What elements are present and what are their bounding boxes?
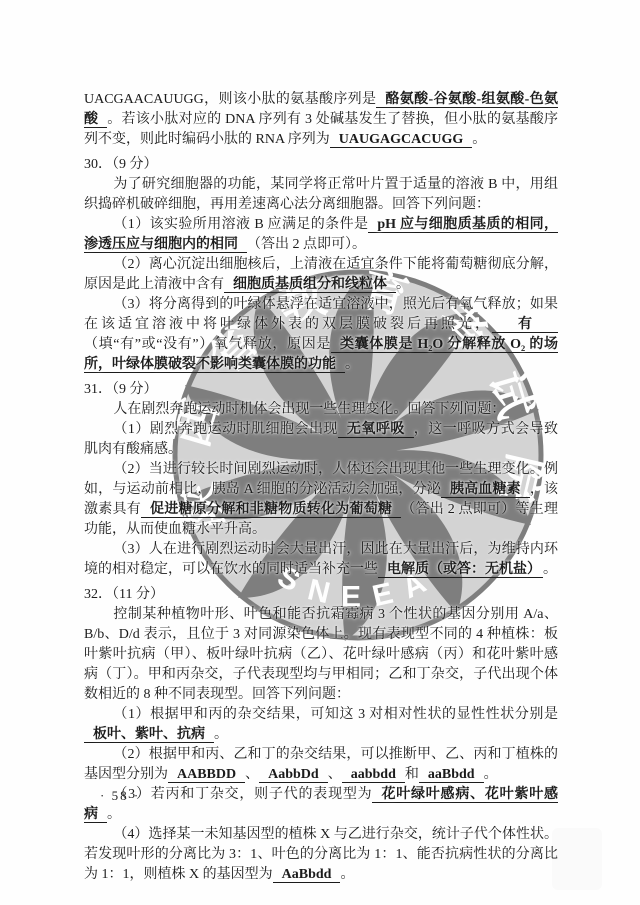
text-run: 。	[472, 132, 486, 147]
q31-item-2: （2）当进行较长时间剧烈运动时，人体还会出现其他一些生理变化。例如，与运动前相比…	[84, 460, 558, 540]
q31-item-1: （1）剧烈奔跑运动时肌细胞会出现无氧呼吸，这一呼吸方式会导致肌肉有酸痛感。	[84, 420, 558, 460]
text-run: 。	[345, 357, 359, 372]
q30-intro: 为了研究细胞器的功能，某同学将正常叶片置于适量的溶液 B 中，用组织捣碎机破碎细…	[84, 175, 558, 215]
text-run: 。若该小肽对应的 DNA 序列有 3 处碱基发生了替换，但小肽的氨基酸序列不变，…	[84, 112, 558, 147]
page-number: · 58 ·	[100, 788, 140, 804]
text-run: 30．（9 分）	[84, 157, 158, 172]
text-run: 人在剧烈奔跑运动时机体会出现一些生理变化。回答下列问题：	[113, 402, 505, 417]
text-run: 32．（11 分）	[84, 587, 164, 602]
q31-item-3: （3）人在进行剧烈运动时会大量出汗，因此在大量出汗后，为维持内环境的相对稳定，可…	[84, 540, 558, 580]
answer-blank: 电解质（或答：无机盐）	[378, 562, 543, 578]
q29-continuation: UACGAACAUUGG，则该小肽的氨基酸序列是酪氨酸-谷氨酸-组氨酸-色氨酸。…	[84, 90, 558, 150]
answer-blank: AaBbdd	[273, 867, 341, 883]
q32-item-1: （1）根据甲和丙的杂交结果，可知这 3 对相对性状的显性性状分别是板叶、紫叶、抗…	[84, 705, 558, 745]
scan-artifact-faint	[552, 828, 602, 890]
text-run: （答出 2 点即可）。	[247, 237, 366, 252]
q32-item-3: （3）若丙和丁杂交，则子代的表现型为花叶绿叶感病、花叶紫叶感病。	[84, 785, 558, 825]
text-run: （3）将分离得到的叶绿体悬浮在适宜溶液中，照光后有氧气释放；如果在该适宜溶液中将…	[84, 297, 558, 332]
answer-blank: 板叶、紫叶、抗病	[84, 727, 214, 743]
q31-intro: 人在剧烈奔跑运动时机体会出现一些生理变化。回答下列问题：	[84, 400, 558, 420]
text-run: 。	[214, 727, 228, 742]
answer-blank: 细胞质基质组分和线粒体	[224, 277, 396, 293]
q32-item-2: （2）根据甲和丙、乙和丁的杂交结果，可以推断甲、乙、丙和丁植株的基因型分别为AA…	[84, 745, 558, 785]
text-run: （1）该实验所用溶液 B 应满足的条件是	[113, 217, 368, 232]
text-run: 。	[107, 807, 121, 822]
q32-header: 32．（11 分）	[84, 585, 558, 605]
q30-item-2: （2）离心沉淀出细胞核后，上清液在适宜条件下能将葡萄糖彻底分解，原因是此上清液中…	[84, 255, 558, 295]
text-run: 。	[396, 277, 410, 292]
text-run: （填“有”或“没有”）氧气释放，原因是	[84, 337, 331, 352]
text-run: 和	[405, 767, 419, 782]
answer-blank: 促进糖原分解和非糖物质转化为葡萄糖	[141, 502, 401, 518]
exam-page: 陕西省教育考试院 SNEEA UACGAACAUUGG，则该小肽的氨基酸序列是酪…	[0, 0, 640, 905]
q30-item-1: （1）该实验所用溶液 B 应满足的条件是pH 应与细胞质基质的相同，渗透压应与细…	[84, 215, 558, 255]
q32-item-4: （4）选择某一未知基因型的植株 X 与乙进行杂交，统计子代个体性状。若发现叶形的…	[84, 825, 558, 885]
text-run: （3）若丙和丁杂交，则子代的表现型为	[113, 787, 372, 802]
answer-blank: 胰高血糖素	[441, 482, 530, 498]
text-run: 31．（9 分）	[84, 382, 158, 397]
text-run: 控制某种植物叶形、叶色和能否抗霜霉病 3 个性状的基因分别用 A/a、B/b、D…	[84, 607, 558, 702]
text-run: 、	[245, 767, 259, 782]
answer-blank: AabbDd	[259, 767, 328, 783]
text-run: 为了研究细胞器的功能，某同学将正常叶片置于适量的溶液 B 中，用组织捣碎机破碎细…	[84, 177, 558, 212]
answer-blank: aabbdd	[342, 767, 405, 783]
text-run: UACGAACAUUGG，则该小肽的氨基酸序列是	[84, 92, 376, 107]
text-run: 、	[328, 767, 342, 782]
q30-header: 30．（9 分）	[84, 155, 558, 175]
q32-intro: 控制某种植物叶形、叶色和能否抗霜霉病 3 个性状的基因分别用 A/a、B/b、D…	[84, 605, 558, 705]
q30-item-3: （3）将分离得到的叶绿体悬浮在适宜溶液中，照光后有氧气释放；如果在该适宜溶液中将…	[84, 295, 558, 375]
text-run: （1）根据甲和丙的杂交结果，可知这 3 对相对性状的显性性状分别是	[113, 707, 558, 722]
answer-blank: aaBbdd	[419, 767, 484, 783]
text-run: 。	[340, 867, 354, 882]
text-run: 。	[484, 767, 498, 782]
answer-blank: 无氧呼吸	[338, 422, 414, 438]
answer-blank: UAUGAGCACUGG	[330, 132, 472, 148]
answer-blank: 有	[492, 317, 558, 333]
text-run: 。	[543, 562, 557, 577]
text-run: （1）剧烈奔跑运动时肌细胞会出现	[113, 422, 338, 437]
answer-blank: AABBDD	[168, 767, 245, 783]
document-body: UACGAACAUUGG，则该小肽的氨基酸序列是酪氨酸-谷氨酸-组氨酸-色氨酸。…	[84, 90, 558, 885]
q31-header: 31．（9 分）	[84, 380, 558, 400]
